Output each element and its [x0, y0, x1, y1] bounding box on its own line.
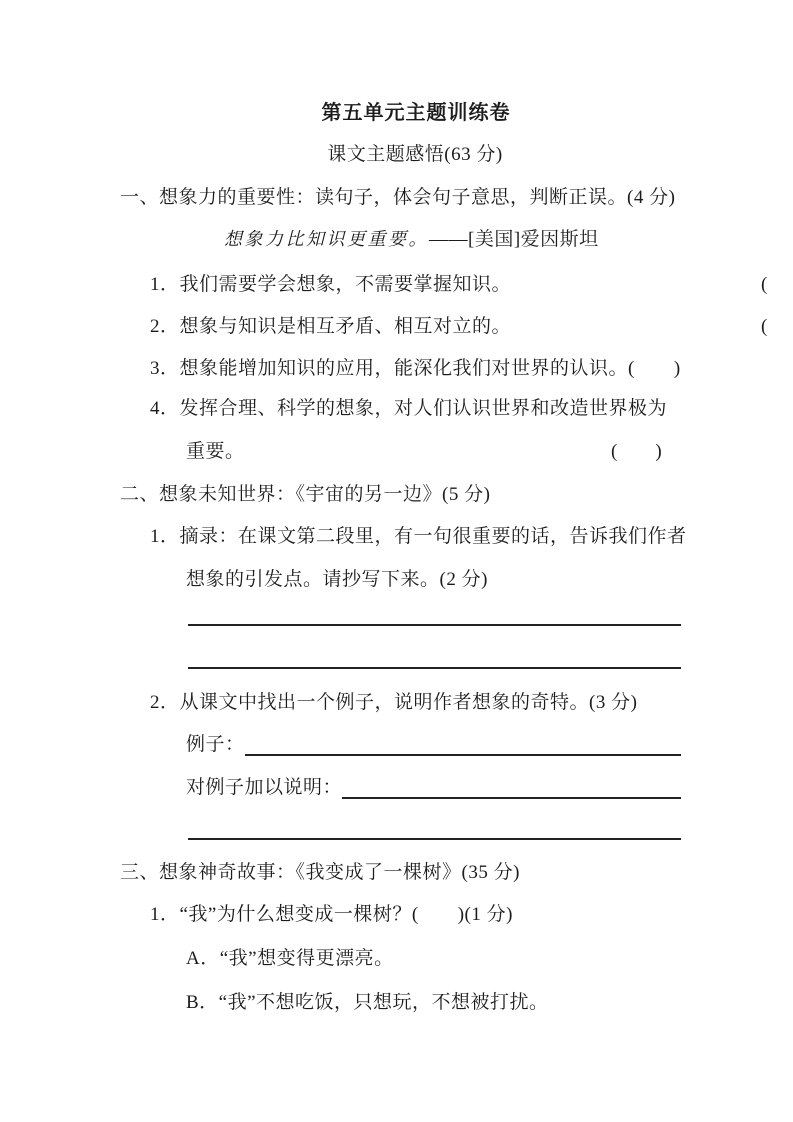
- example-row: 例子：: [186, 733, 681, 756]
- option-b: B．“我”不想吃饭，只想玩，不想被打扰。: [186, 991, 549, 1014]
- answer-blank-line-1: [188, 601, 681, 626]
- answer-brackets-1-2: ( ): [761, 315, 793, 338]
- question-1-3: 3．想象能增加知识的应用，能深化我们对世界的认识。( ): [150, 357, 681, 380]
- explain-row: 对例子加以说明：: [186, 776, 681, 799]
- explain-label: 对例子加以说明：: [186, 776, 342, 799]
- question-1-2: 2．想象与知识是相互矛盾、相互对立的。 ( ): [150, 315, 511, 338]
- example-write-in-line: [245, 731, 681, 756]
- question-1-4-line2: 重要。 ( ): [186, 440, 245, 463]
- section-1-heading: 一、想象力的重要性：读句子，体会句子意思，判断正误。(4 分): [120, 186, 675, 209]
- page-title: 第五单元主题训练卷: [322, 101, 511, 125]
- answer-brackets-1-3: ( ): [628, 358, 681, 379]
- question-2-1-line2: 想象的引发点。请抄写下来。(2 分): [186, 568, 488, 591]
- question-1-2-text: 2．想象与知识是相互矛盾、相互对立的。: [150, 316, 511, 337]
- example-label: 例子：: [186, 733, 245, 756]
- question-2-1-line1: 1．摘录：在课文第二段里，有一句很重要的话，告诉我们作者: [150, 525, 687, 548]
- question-3-1: 1．“我”为什么想变成一棵树？( )(1 分): [150, 903, 513, 926]
- question-1-1: 1．我们需要学会想象，不需要掌握知识。 ( ): [150, 273, 511, 296]
- answer-blank-line-3: [188, 815, 681, 840]
- answer-blank-line-2: [188, 644, 681, 669]
- quote-line: 想象力比知识更重要。——[美国]爱因斯坦: [224, 228, 599, 251]
- worksheet-page: 第五单元主题训练卷 课文主题感悟(63 分) 一、想象力的重要性：读句子，体会句…: [0, 0, 793, 1122]
- question-2-2: 2．从课文中找出一个例子，说明作者想象的奇特。(3 分): [150, 691, 637, 714]
- answer-brackets-1-4: ( ): [611, 440, 662, 463]
- question-1-3-text: 3．想象能增加知识的应用，能深化我们对世界的认识。: [150, 358, 628, 379]
- quote-text: 想象力比知识更重要。: [224, 229, 429, 249]
- question-1-4-line1: 4．发挥合理、科学的想象，对人们认识世界和改造世界极为: [150, 397, 667, 420]
- section-2-heading: 二、想象未知世界：《宇宙的另一边》(5 分): [120, 483, 490, 506]
- answer-brackets-1-1: ( ): [761, 273, 793, 296]
- explain-write-in-line: [342, 774, 681, 799]
- option-a: A．“我”想变得更漂亮。: [186, 947, 394, 970]
- question-1-4-line2-text: 重要。: [186, 441, 245, 462]
- section-3-heading: 三、想象神奇故事：《我变成了一棵树》(35 分): [120, 861, 520, 884]
- exam-subtitle: 课文主题感悟(63 分): [327, 143, 502, 166]
- question-1-1-text: 1．我们需要学会想象，不需要掌握知识。: [150, 274, 511, 295]
- quote-attribution: ——[美国]爱因斯坦: [429, 229, 599, 250]
